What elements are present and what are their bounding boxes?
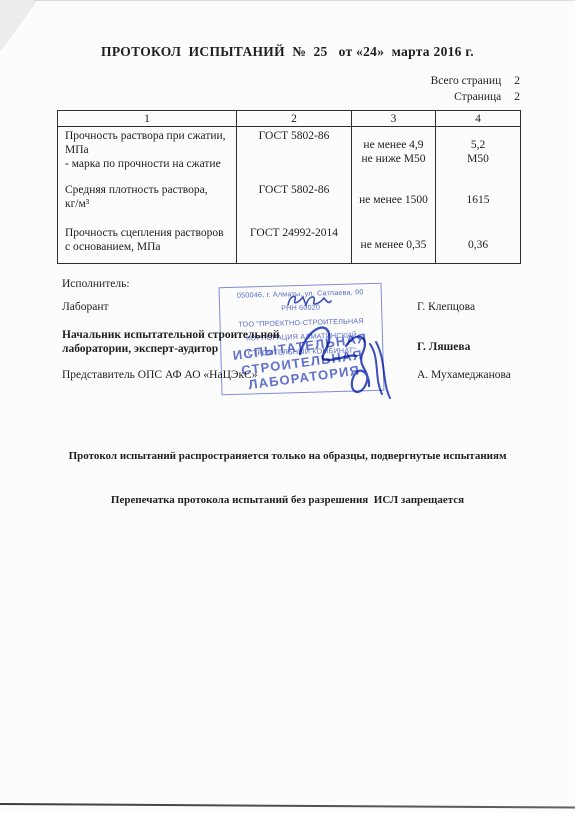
signature-ink [290,318,400,403]
method-cell: ГОСТ 5802-86 [237,127,352,181]
result-cell: 1615 [436,181,521,224]
footer-note-line1: Протокол испытаний распространяется толь… [0,449,575,464]
test-results-table: 1 2 3 4 Прочность раствора при сжатии, М… [57,110,521,264]
page-number-value: 2 [514,90,520,106]
table-row: Прочность раствора при сжатии, МПа - мар… [58,127,521,181]
requirement-cell: не менее 4,9 не ниже М50 [352,127,436,181]
table-row: Средняя плотность раствора, кг/м³ ГОСТ 5… [58,181,521,224]
executor-section-label: Исполнитель: [62,277,130,291]
signature-name-lyasheva: Г. Ляшева [417,340,470,354]
signature-name-kleptsova: Г. Клепцова [417,300,475,314]
scanned-document-page: ПРОТОКОЛ ИСПЫТАНИЙ № 25 от «24» марта 20… [0,0,575,813]
table-header-row: 1 2 3 4 [58,111,521,127]
document-title: ПРОТОКОЛ ИСПЫТАНИЙ № 25 от «24» марта 20… [0,44,575,60]
page-count-block: Всего страниц2 Страница2 [431,74,520,105]
result-cell: 5,2 М50 [436,127,521,181]
column-header-2: 2 [237,111,352,127]
footer-note: Протокол испытаний распространяется толь… [0,420,575,536]
page-number-label: Страница [454,91,501,103]
method-cell: ГОСТ 5802-86 [237,181,352,224]
signature-position-laborant: Лаборант [62,300,109,314]
page-number-row: Страница2 [431,90,520,106]
parameter-cell: Прочность сцепления растворов с основани… [58,224,237,264]
total-pages-label: Всего страниц [431,75,502,87]
footer-note-line2: Перепечатка протокола испытаний без разр… [0,493,575,508]
column-header-3: 3 [352,111,436,127]
total-pages-value: 2 [514,74,520,90]
scan-top-edge [34,0,575,1]
method-cell: ГОСТ 24992-2014 [237,224,352,264]
column-header-1: 1 [58,111,237,127]
table-row: Прочность сцепления растворов с основани… [58,224,521,264]
requirement-cell: не менее 0,35 [352,224,436,264]
handwritten-number-ink [284,291,334,311]
parameter-cell: Прочность раствора при сжатии, МПа - мар… [58,127,237,181]
signature-name-mukhamedzhanova: А. Мухамеджанова [417,368,511,382]
parameter-cell: Средняя плотность раствора, кг/м³ [58,181,237,224]
signature-position-head-line2: лаборатории, эксперт-аудитор [62,342,218,356]
scan-bottom-edge [0,803,575,809]
total-pages-row: Всего страниц2 [431,74,520,90]
column-header-4: 4 [436,111,521,127]
result-cell: 0,36 [436,224,521,264]
requirement-cell: не менее 1500 [352,181,436,224]
